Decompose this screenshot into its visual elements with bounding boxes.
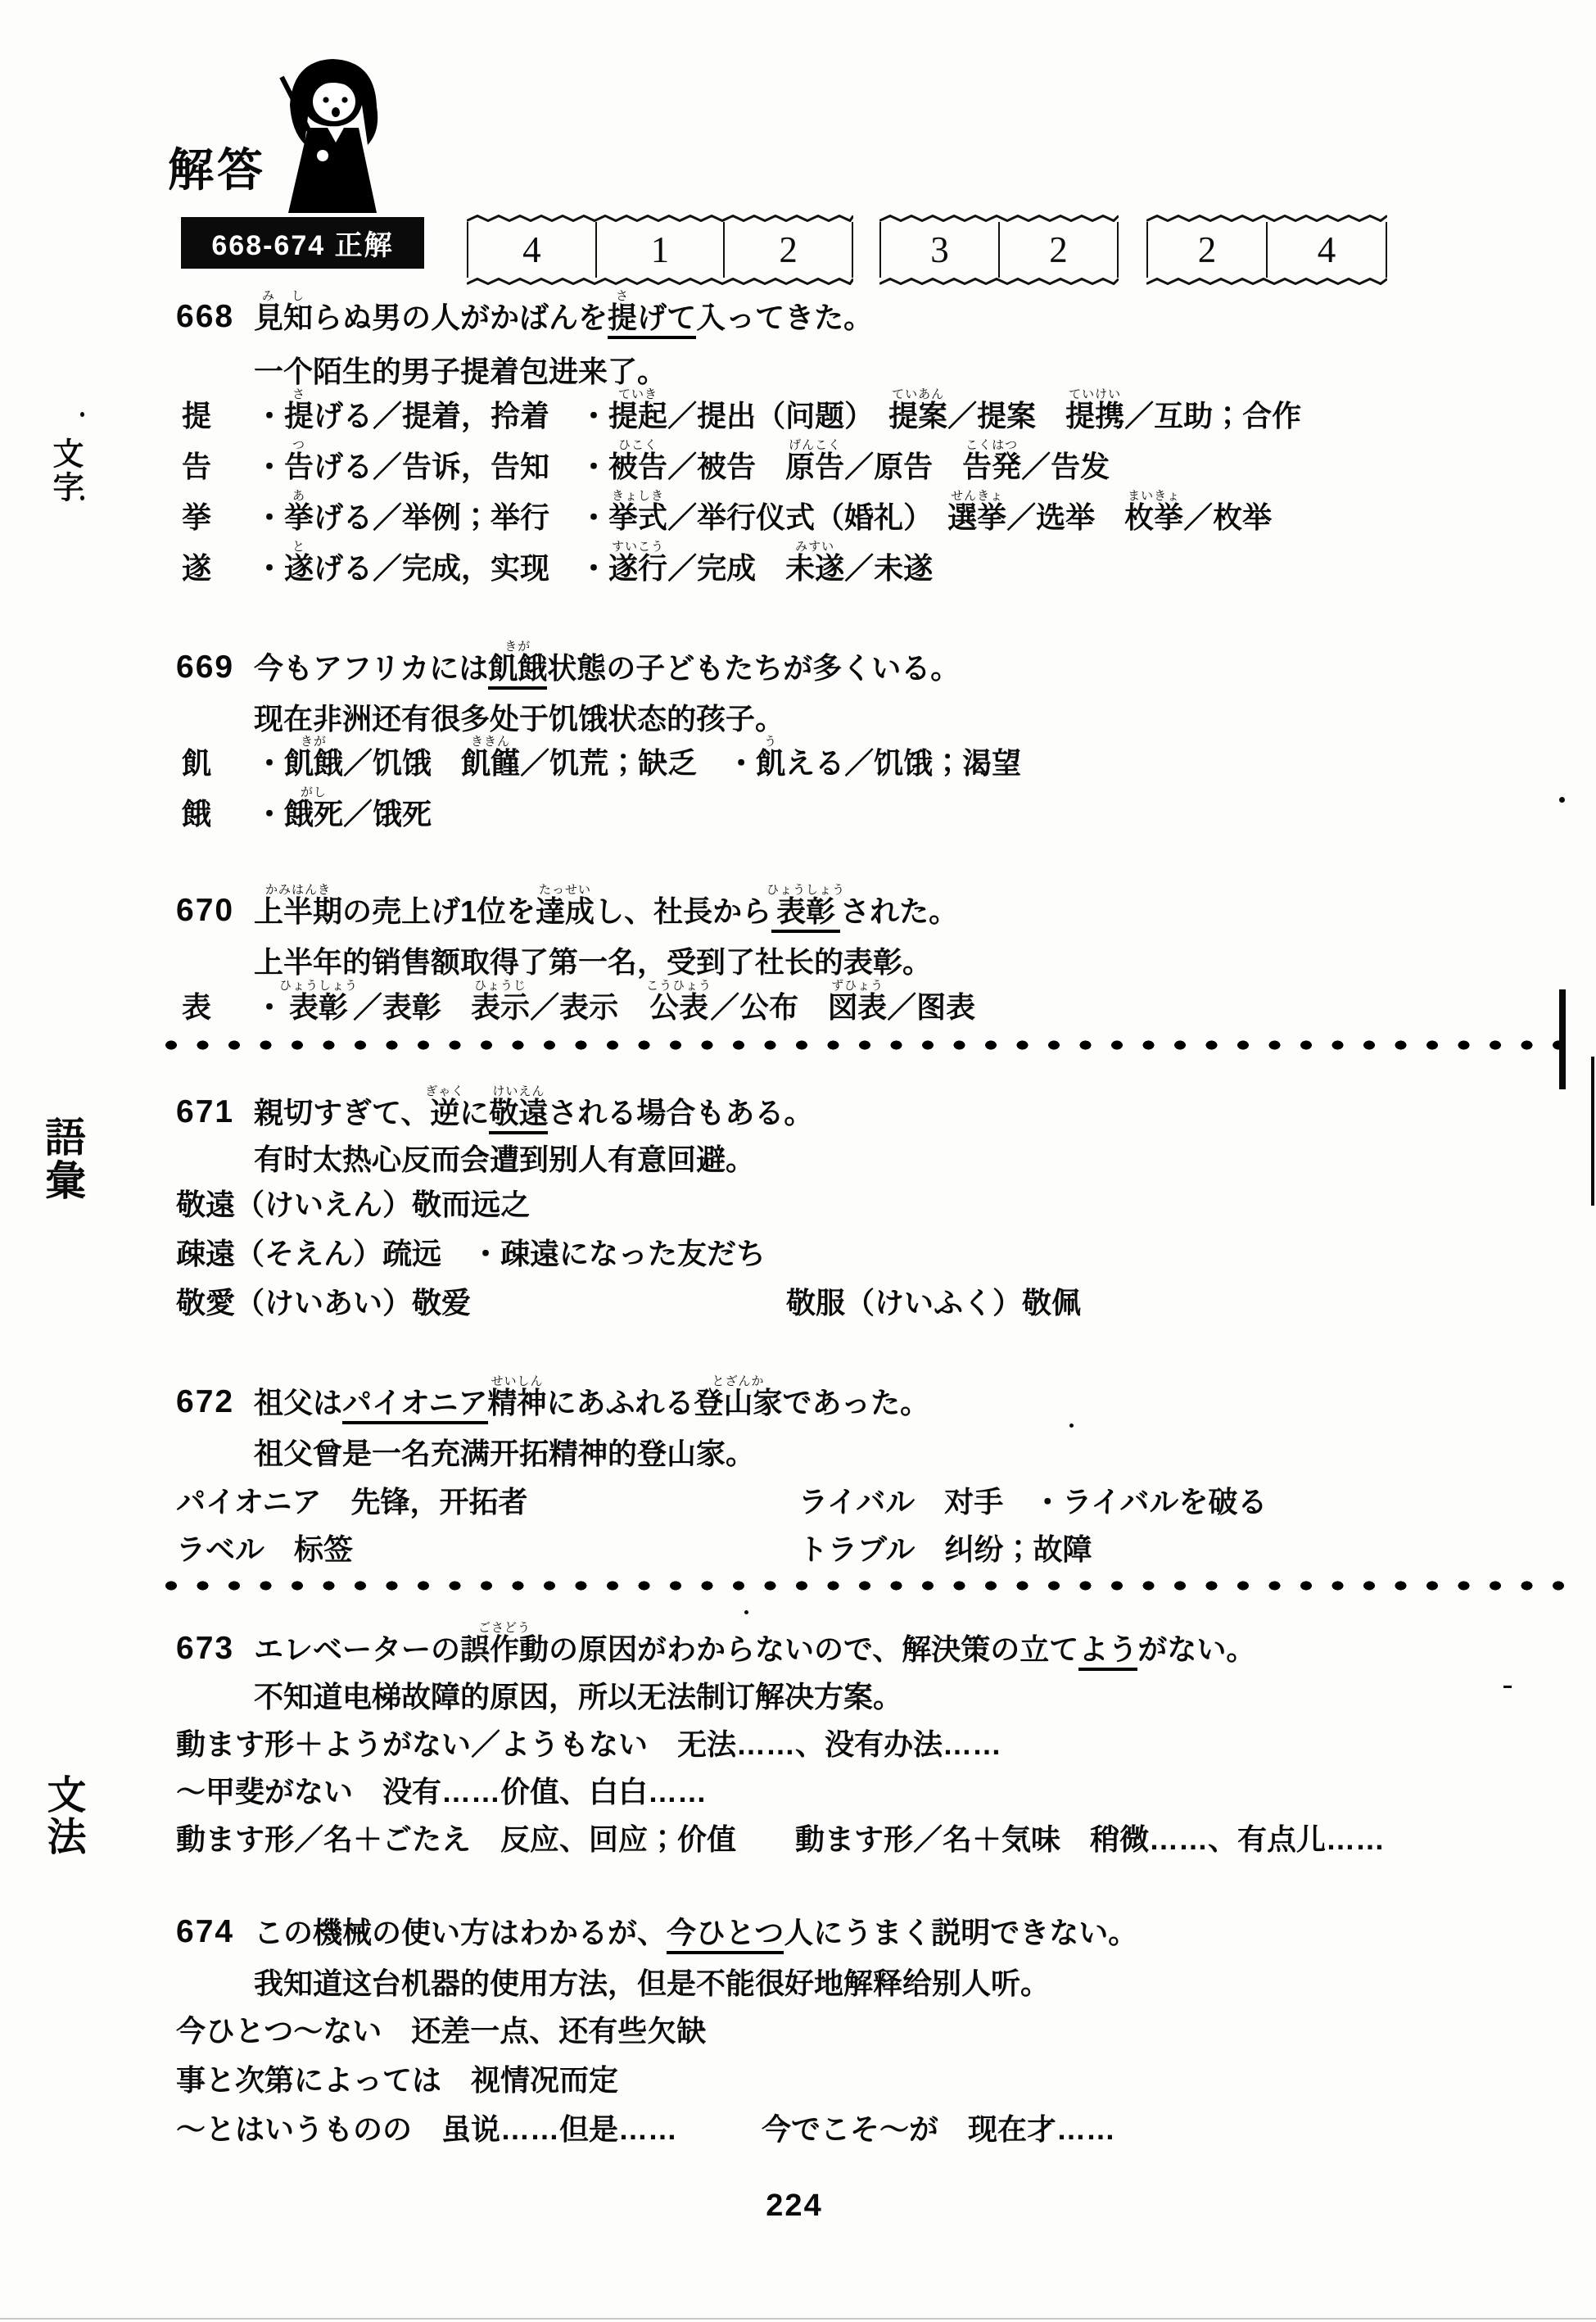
kanji-head: 表 — [182, 992, 255, 1024]
kanji-head: 飢 — [182, 748, 255, 780]
scan-bottom-edge — [0, 2318, 1596, 2320]
answer-669: 1 — [595, 222, 724, 278]
q673-sentence-line: 673 エレベーターの誤作動ごさどうの原因がわからないので、解決策の立てようがな… — [176, 1612, 1255, 1666]
dotted-separator — [164, 1579, 1567, 1592]
q674-chinese-translation: 我知道这台机器的使用方法，但是不能很好地解释给别人听。 — [254, 1946, 1050, 2000]
scan-speck — [744, 1610, 748, 1614]
dotted-separator — [164, 1039, 1567, 1052]
q672-chinese-translation: 祖父曾是一名充满开拓精神的登山家。 — [254, 1416, 755, 1470]
page-number: 224 — [721, 2188, 868, 2224]
kanji-head: 提 — [182, 401, 255, 432]
q668-kanji-row: 遂 ・遂とげる／完成，实现 ・遂行すいこう／完成 未遂みすい／未遂 — [182, 531, 933, 585]
answer-668: 4 — [468, 222, 595, 278]
q674-grammar-line: 今ひとつ〜ない 还差一点、还有些欠缺 — [176, 1994, 706, 2048]
question-sentence: 祖父はパイオニア精神せいしんにあふれる登山家とざんかであった。 — [254, 1374, 929, 1419]
q668-sentence-line: 668 見み知しらぬ男の人がかばんを提さげて入ってきた。 — [176, 280, 873, 334]
q669-kanji-row: 餓 ・餓死がし／饿死 — [182, 776, 432, 831]
question-sentence: 今もアフリカには飢餓きが状態の子どもたちが多くいる。 — [254, 640, 960, 685]
answer-group-2: 3 2 — [879, 215, 1119, 285]
answer-671: 3 — [881, 222, 998, 278]
q668-kanji-row: 告 ・告つげる／告诉，告知 ・被告ひこく／被告 原告げんこく／原告 告発こくはつ… — [182, 429, 1110, 483]
scan-speck — [1069, 1424, 1074, 1428]
answer-672: 2 — [998, 222, 1117, 278]
q671-vocab-line: 敬愛（けいあい）敬爱 敬服（けいふく）敬佩 — [176, 1265, 471, 1319]
q672-vocab-line: パイオニア 先锋，开拓者 ライバル 对手 ・ライバルを破る — [176, 1464, 527, 1519]
q673-grammar-line: 〜甲斐がない 没有……价值、白白…… — [176, 1754, 707, 1808]
answer-673: 2 — [1148, 222, 1266, 278]
zigzag-edge — [1146, 215, 1387, 222]
answer-range-badge: 668-674 正解 — [181, 217, 424, 269]
question-number: 672 — [176, 1385, 254, 1419]
kanji-head: 餓 — [182, 799, 255, 831]
q669-sentence-line: 669 今もアフリカには飢餓きが状態の子どもたちが多くいる。 — [176, 631, 960, 685]
zigzag-edge — [879, 278, 1119, 285]
q670-kanji-row: 表 ・表彰ひょうしょう／表彰 表示ひょうじ／表示 公表こうひょう／公布 図表ずひ… — [182, 970, 975, 1024]
q674-grammar-line: 〜とはいうものの 虽说……但是…… 今でこそ〜が 现在才…… — [176, 2092, 677, 2146]
kanji-examples: ・告つげる／告诉，告知 ・被告ひこく／被告 原告げんこく／原告 告発こくはつ／告… — [255, 438, 1110, 483]
q668-kanji-row: 提 ・提さげる／提着，拎着 ・提起ていき／提出（问题） 提案ていあん／提案 提携… — [182, 378, 1301, 432]
scan-edge-bar — [1591, 1057, 1594, 1206]
teacher-girl-illustration — [260, 48, 401, 221]
scan-speck — [1503, 1686, 1512, 1688]
kanji-examples: ・飢餓きが／饥饿 飢饉ききん／饥荒；缺乏 ・飢うえる／饥饿；渴望 — [255, 735, 1021, 780]
textbook-answer-page: 解答 668-674 正解 4 1 2 3 2 2 4 — [0, 0, 1596, 2322]
q674-grammar-line: 事と次第によっては 视情况而定 — [176, 2043, 618, 2097]
question-number: 668 — [176, 300, 254, 334]
kanji-head: 挙 — [182, 502, 255, 534]
scan-speck — [80, 412, 84, 417]
q669-kanji-row: 飢 ・飢餓きが／饥饿 飢饉ききん／饥荒；缺乏 ・飢うえる／饥饿；渴望 — [182, 726, 1021, 780]
q672-sentence-line: 672 祖父はパイオニア精神せいしんにあふれる登山家とざんかであった。 — [176, 1365, 929, 1419]
scan-edge-bar — [1559, 989, 1566, 1089]
zigzag-edge — [467, 215, 853, 222]
answer-674: 4 — [1266, 222, 1386, 278]
q671-vocab-line: 敬遠（けいえん）敬而远之 — [176, 1167, 530, 1221]
q672-vocab-line: ラベル 标签 トラブル 纠纷；故障 — [176, 1512, 353, 1566]
q673-grammar-line: 動ます形／名＋ごたえ 反应、回应；价值 動ます形／名＋気味 稍微……、有点儿…… — [176, 1802, 1385, 1856]
question-sentence: この機械の使い方はわかるが、今ひとつ人にうまく説明できない。 — [254, 1917, 1137, 1949]
answer-group-1: 4 1 2 — [467, 215, 853, 285]
question-number: 671 — [176, 1095, 254, 1129]
kanji-examples: ・挙あげる／举例；举行 ・挙式きょしき／举行仪式（婚礼） 選挙せんきょ／选举 枚… — [255, 489, 1272, 534]
answers-heading: 解答 — [168, 134, 266, 200]
kanji-head: 告 — [182, 451, 255, 483]
kanji-examples: ・表彰ひょうしょう／表彰 表示ひょうじ／表示 公表こうひょう／公布 図表ずひょう… — [255, 979, 975, 1024]
q671-vocab-line: 疎遠（そえん）疏远 ・疎遠になった友だち — [176, 1216, 766, 1270]
kanji-examples: ・遂とげる／完成，实现 ・遂行すいこう／完成 未遂みすい／未遂 — [255, 540, 933, 585]
sidebar-label-bunpou: 文法 — [34, 1774, 91, 1858]
zigzag-edge — [879, 215, 1119, 222]
question-number: 670 — [176, 894, 254, 928]
q673-chinese-translation: 不知道电梯故障的原因，所以无法制订解决方案。 — [254, 1659, 902, 1713]
answer-group-3: 2 4 — [1146, 215, 1387, 285]
zigzag-edge — [1146, 278, 1387, 285]
q668-kanji-row: 挙 ・挙あげる／举例；举行 ・挙式きょしき／举行仪式（婚礼） 選挙せんきょ／选举… — [182, 480, 1272, 534]
sidebar-label-moji: 文字 — [43, 437, 88, 505]
answer-670: 2 — [723, 222, 852, 278]
question-sentence: 見み知しらぬ男の人がかばんを提さげて入ってきた。 — [254, 289, 873, 334]
question-sentence: 上半期かみはんきの売上げ1位を達成たっせいし、社長から表彰ひょうしょうされた。 — [254, 883, 958, 928]
q670-sentence-line: 670 上半期かみはんきの売上げ1位を達成たっせいし、社長から表彰ひょうしょうさ… — [176, 874, 958, 928]
kanji-head: 遂 — [182, 553, 255, 585]
question-number: 673 — [176, 1632, 254, 1666]
question-number: 674 — [176, 1915, 254, 1949]
q673-grammar-line: 動ます形＋ようがない／ようもない 无法……、没有办法…… — [176, 1707, 1001, 1761]
scan-speck — [80, 496, 84, 500]
kanji-examples: ・餓死がし／饿死 — [255, 785, 432, 831]
kanji-examples: ・提さげる／提着，拎着 ・提起ていき／提出（问题） 提案ていあん／提案 提携てい… — [255, 387, 1301, 432]
scan-speck — [1559, 797, 1565, 803]
sidebar-label-goi: 語彙 — [33, 1116, 92, 1202]
question-number: 669 — [176, 650, 254, 685]
q674-sentence-line: 674 この機械の使い方はわかるが、今ひとつ人にうまく説明できない。 — [176, 1895, 1137, 1949]
